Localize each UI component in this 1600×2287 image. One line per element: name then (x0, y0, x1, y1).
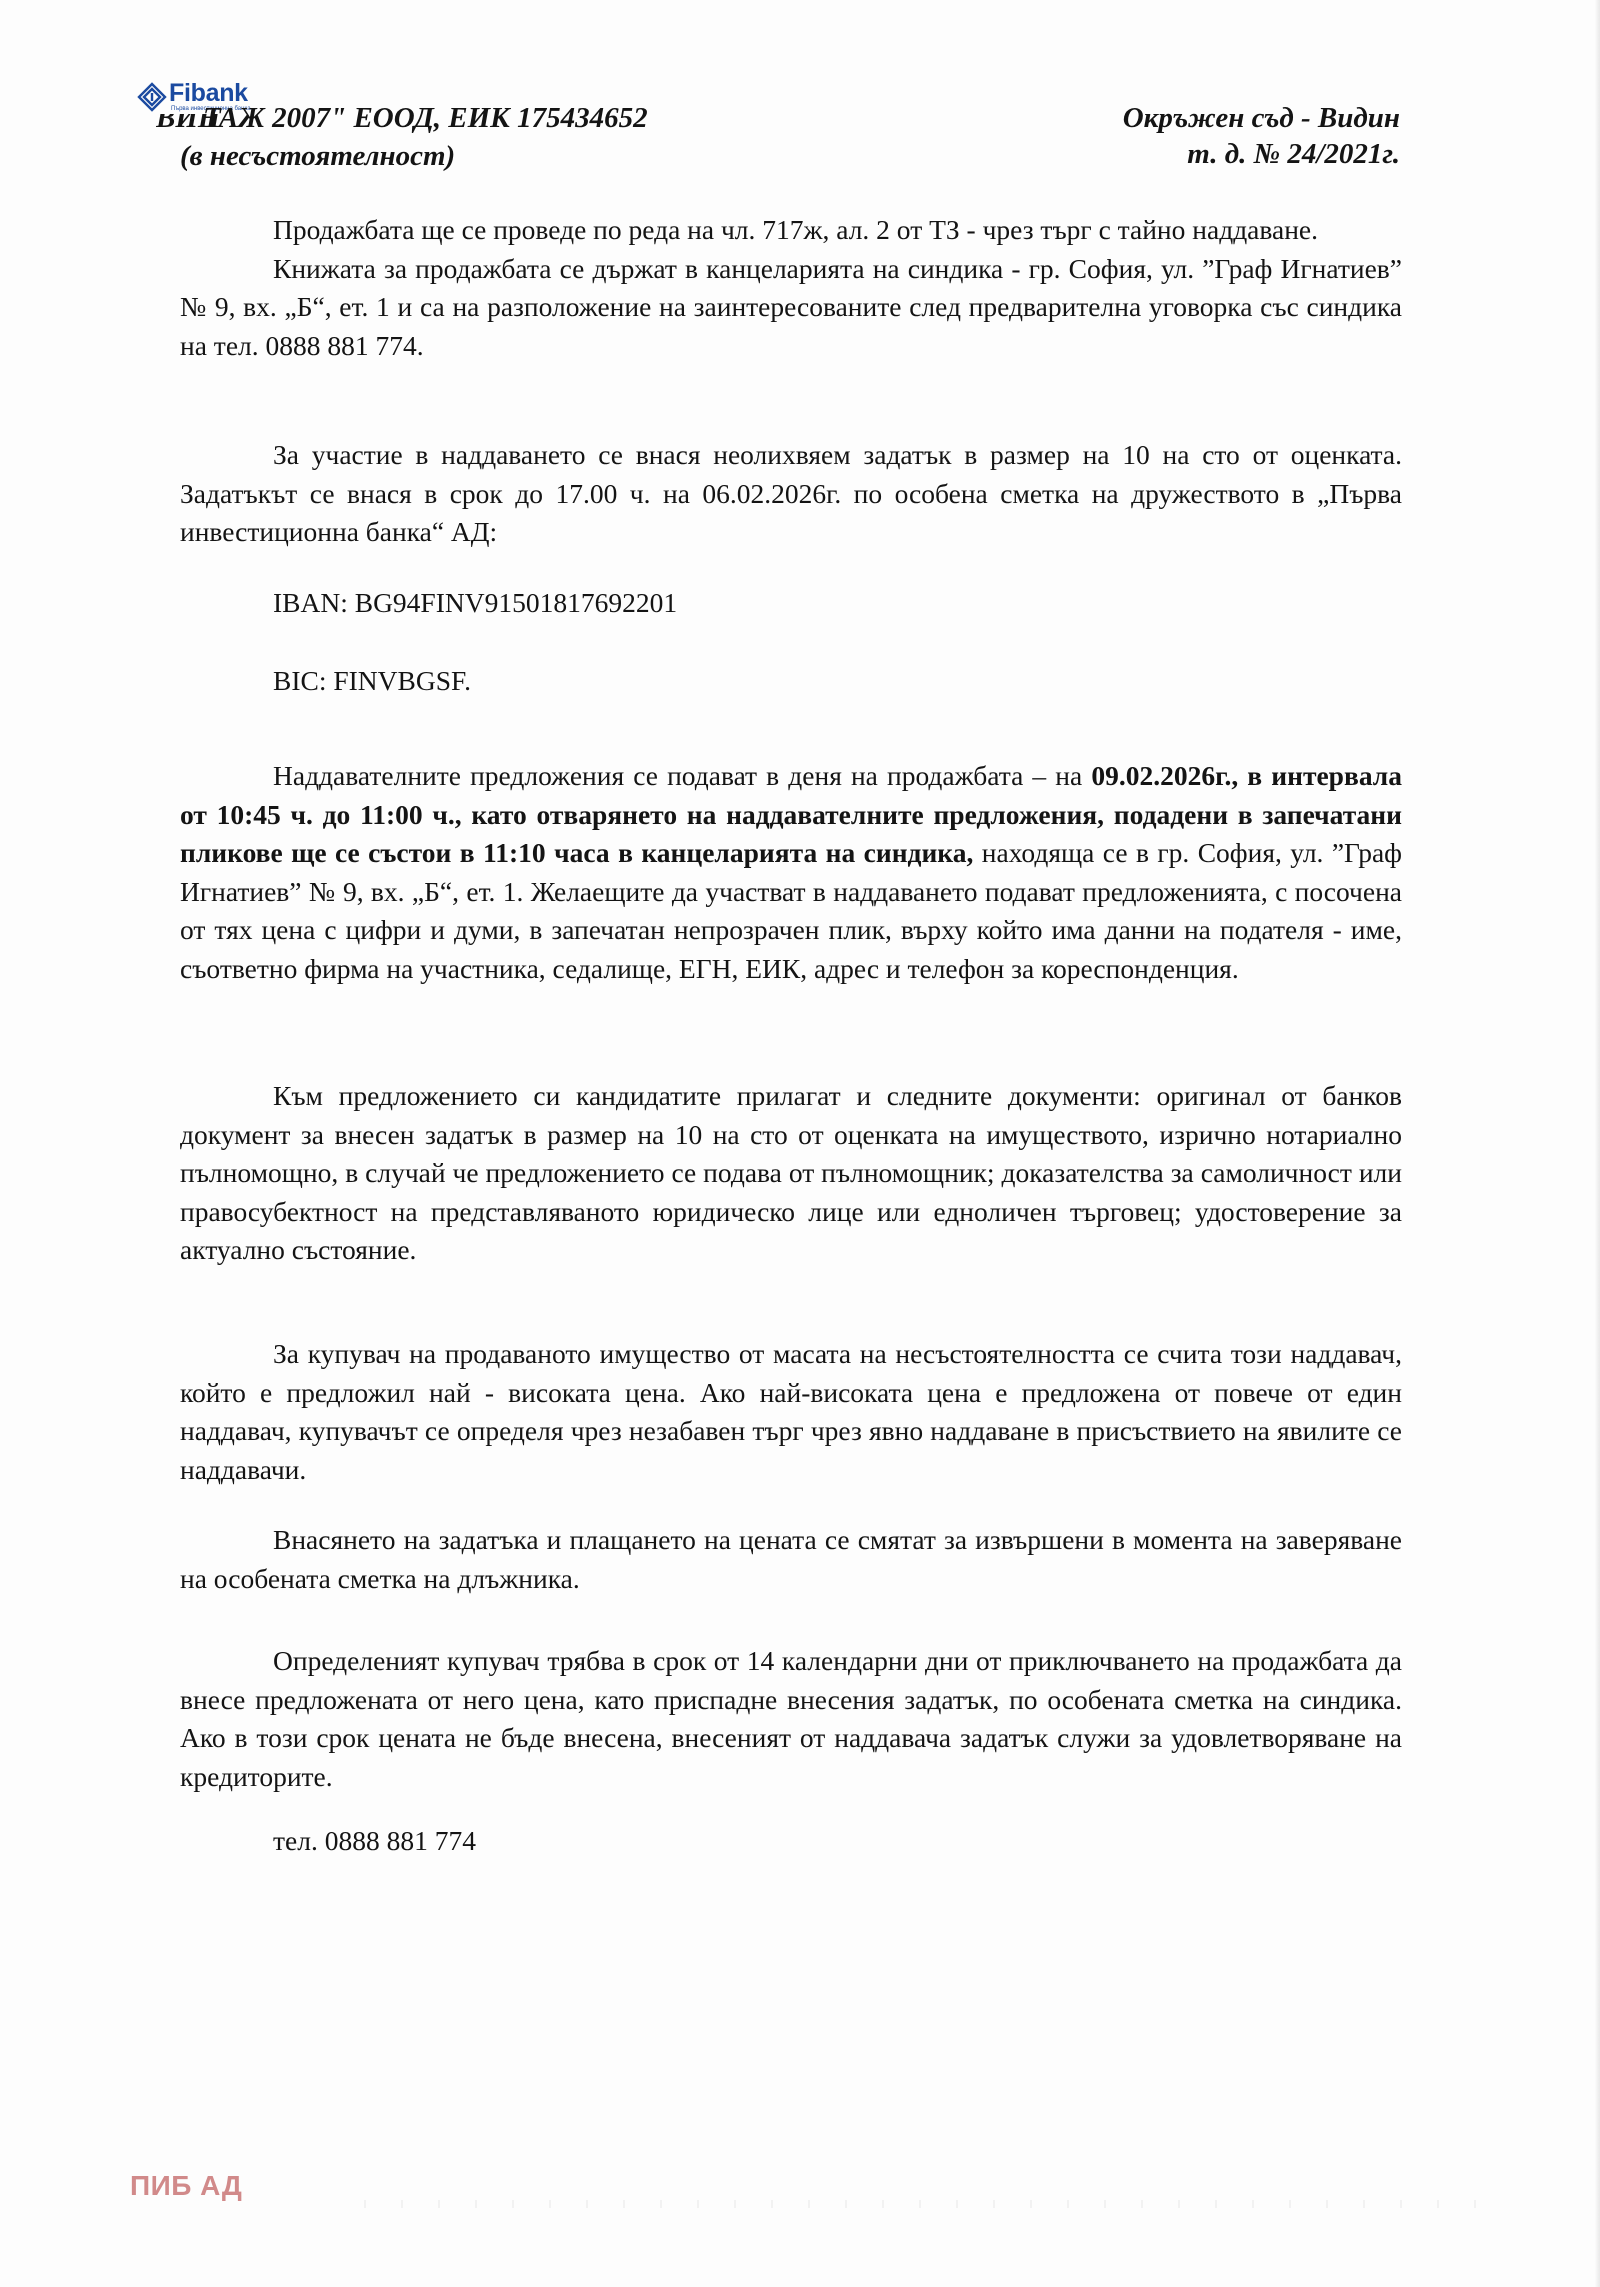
section-payment: Внасянето на задатъка и плащането на цен… (180, 1521, 1402, 1598)
fibank-diamond-logo-icon (137, 82, 167, 112)
section-buyer: За купувач на продаваното имущество от м… (180, 1335, 1402, 1489)
paragraph-required-documents: Към предложението си кандидатите прилага… (180, 1077, 1402, 1270)
section-deposit: За участие в наддаването се внася неолих… (180, 436, 1402, 552)
court-name: Окръжен съд - Видин (1123, 100, 1400, 136)
page-edge-shadow (1594, 0, 1600, 2287)
court-info: Окръжен съд - Видин т. д. № 24/2021г. (1123, 100, 1400, 172)
section-sale-procedure: Продажбата ще се проведе по реда на чл. … (180, 211, 1402, 365)
paragraph-bidding: Наддавателните предложения се подават в … (180, 757, 1402, 989)
paragraph-payment: Внасянето на задатъка и плащането на цен… (180, 1521, 1402, 1598)
phone-line: тел. 0888 881 774 (273, 1822, 476, 1860)
scan-noise (350, 2200, 1500, 2208)
section-bidding: Наддавателните предложения се подават в … (180, 757, 1402, 989)
company-name-text: ТАЖ 2007" ЕООД, ЕИК 175434652 (203, 102, 648, 134)
section-required-documents: Към предложението си кандидатите прилага… (180, 1077, 1402, 1270)
document-page: Fibank Първа инвестиционна банка ВИН ТАЖ… (0, 0, 1600, 2287)
company-status: (в несъстоятелност) (180, 138, 455, 174)
paragraph-buyer-obligation: Определеният купувач трябва в срок от 14… (180, 1642, 1402, 1796)
bidding-intro: Наддавателните предложения се подават в … (273, 760, 1091, 791)
paragraph-documents-location: Книжата за продажбата се държат в канцел… (180, 250, 1402, 366)
case-number: т. д. № 24/2021г. (1123, 136, 1400, 172)
paragraph-sale-method: Продажбата ще се проведе по реда на чл. … (180, 211, 1402, 250)
paragraph-buyer: За купувач на продаваното имущество от м… (180, 1335, 1402, 1489)
section-buyer-obligation: Определеният купувач трябва в срок от 14… (180, 1642, 1402, 1796)
bic-line: BIC: FINVBGSF. (273, 662, 471, 700)
pib-stamp: ПИБ АД (130, 2170, 242, 2202)
paragraph-deposit: За участие в наддаването се внася неолих… (180, 436, 1402, 552)
company-name: ВИН ТАЖ 2007" ЕООД, ЕИК 175434652 (203, 100, 648, 136)
iban-line: IBAN: BG94FINV91501817692201 (273, 584, 677, 622)
